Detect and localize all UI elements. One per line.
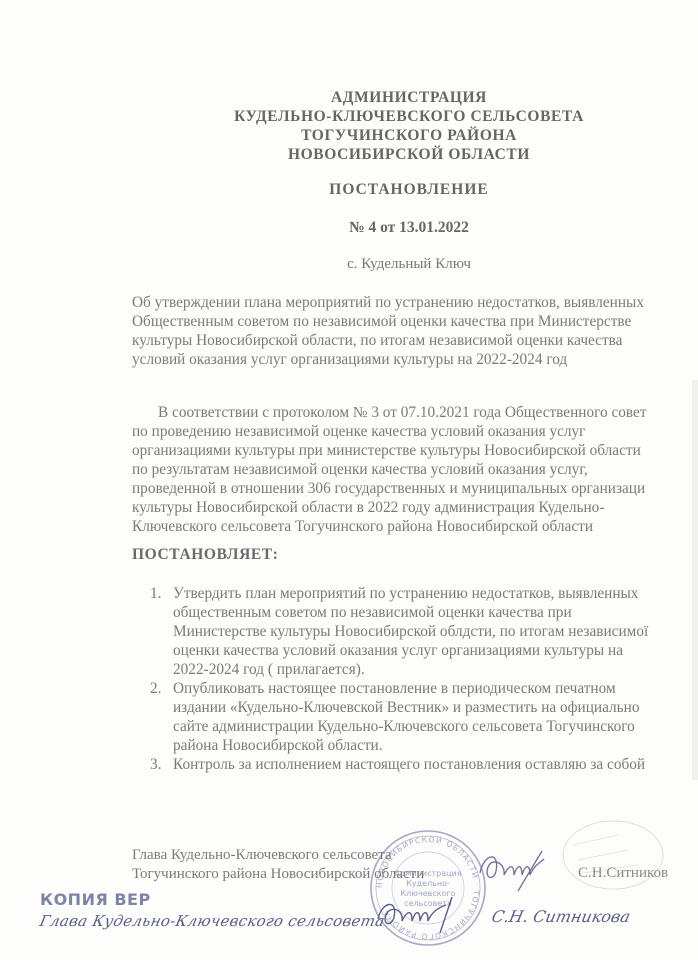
document-type-title: ПОСТАНОВЛЕНИЕ xyxy=(60,181,698,199)
preamble-paragraph: В соответствии с протоколом № 3 от 07.10… xyxy=(132,403,647,536)
resolution-item-1: 1. Утвердить план мероприятий по устране… xyxy=(150,584,648,679)
item-number: 2. xyxy=(150,679,161,698)
preamble-line: по проведению независимой оценке качеств… xyxy=(132,422,647,441)
item-number: 1. xyxy=(150,584,161,603)
preamble-line: организациями культуры при министерстве … xyxy=(132,441,647,460)
handwritten-signature xyxy=(470,845,560,895)
handwritten-signature-certification xyxy=(370,895,490,935)
org-line: КУДЕЛЬНО-КЛЮЧЕВСКОГО СЕЛЬСОВЕТА xyxy=(60,107,698,126)
item-line: Министерстве культуры Новосибирской облд… xyxy=(173,622,648,641)
resolves-heading: ПОСТАНОВЛЯЕТ: xyxy=(132,546,279,564)
item-number: 3. xyxy=(150,755,161,774)
handwritten-name: С.Н. Ситникова xyxy=(490,907,632,926)
item-line: 2022-2024 год ( прилагается). xyxy=(173,660,648,679)
preamble-line: В соответствии с протоколом № 3 от 07.10… xyxy=(132,403,647,422)
decree-subject: Об утверждении плана мероприятий по устр… xyxy=(132,293,644,369)
decree-number-date: № 4 от 13.01.2022 xyxy=(60,219,698,237)
resolution-item-2: 2. Опубликовать настоящее постановление … xyxy=(150,679,648,755)
preamble-line: Ключевского сельсовета Тогучинского райо… xyxy=(132,517,647,536)
preamble-line: культуры Новосибирской области в 2022 го… xyxy=(132,498,647,517)
position-line: Тогучинского района Новосибирской област… xyxy=(132,865,424,884)
preamble-line: проведенной в отношении 306 государствен… xyxy=(132,479,647,498)
position-line: Глава Кудельно-Ключевского сельсовета xyxy=(132,846,424,865)
item-line: Утвердить план мероприятий по устранению… xyxy=(173,584,648,603)
subject-line: Об утверждении плана мероприятий по устр… xyxy=(132,293,644,312)
handwritten-certification-line: Глава Кудельно-Ключевского сельсовета xyxy=(38,912,386,930)
scan-edge-shadow xyxy=(692,380,698,780)
resolution-items: 1. Утвердить план мероприятий по устране… xyxy=(150,584,648,774)
item-line: общественным советом по независимой оцен… xyxy=(173,603,648,622)
subject-line: условий оказания услуг организациями кул… xyxy=(132,350,644,369)
preamble-line: по результатам независимой оценки качест… xyxy=(132,460,647,479)
copy-certified-stamp: КОПИЯ ВЕР xyxy=(40,890,151,909)
item-line: издании «Кудельно-Ключевской Вестник» и … xyxy=(173,698,648,717)
item-line: сайте администрации Кудельно-Ключевского… xyxy=(173,717,648,736)
resolution-item-3: 3. Контроль за исполнением настоящего по… xyxy=(150,755,648,774)
subject-line: Общественным советом по независимой оцен… xyxy=(132,312,644,331)
org-line: ТОГУЧИНСКОГО РАЙОНА xyxy=(60,126,698,145)
place-of-issue: с. Кудельный Ключ xyxy=(60,256,698,273)
org-line: АДМИНИСТРАЦИЯ xyxy=(60,88,698,107)
organization-header: АДМИНИСТРАЦИЯ КУДЕЛЬНО-КЛЮЧЕВСКОГО СЕЛЬС… xyxy=(60,88,698,164)
item-line: оценки качества условий оказания услуг о… xyxy=(173,641,648,660)
item-line: Контроль за исполнением настоящего поста… xyxy=(173,755,648,774)
item-line: Опубликовать настоящее постановление в п… xyxy=(173,679,648,698)
faint-stamp-impression xyxy=(558,815,668,895)
subject-line: культуры Новосибирской области, по итога… xyxy=(132,331,644,350)
document-page: АДМИНИСТРАЦИЯ КУДЕЛЬНО-КЛЮЧЕВСКОГО СЕЛЬС… xyxy=(0,0,698,960)
item-line: района Новосибирской области. xyxy=(173,736,648,755)
signatory-position: Глава Кудельно-Ключевского сельсовета То… xyxy=(132,846,424,884)
org-line: НОВОСИБИРСКОЙ ОБЛАСТИ xyxy=(60,145,698,164)
signatory-name: С.Н.Ситников xyxy=(578,865,668,882)
